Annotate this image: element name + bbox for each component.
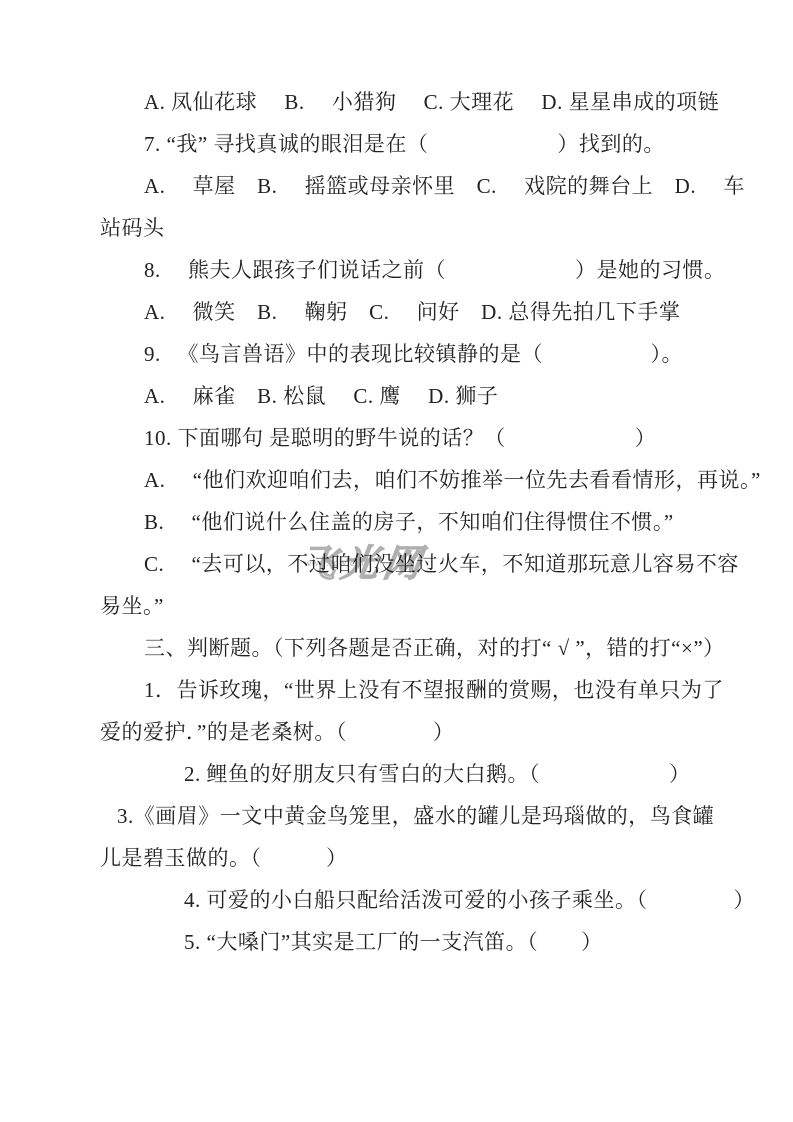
question10-option-b-line: B. “他们说什么住盖的房子，不知咱们住得惯住不惯。” bbox=[100, 501, 705, 543]
question10-option-a-line: A. “他们欢迎咱们去，咱们不妨推举一位先去看看情形，再说。” bbox=[100, 459, 705, 501]
judge-question5-line: 5. “大嗓门”其实是工厂的一支汽笛。（ ） bbox=[100, 921, 705, 963]
question8-options-line: A. 微笑 B. 鞠躬 C. 问好 D. 总得先拍几下手掌 bbox=[100, 291, 705, 333]
question7-options-line: A. 草屋 B. 摇篮或母亲怀里 C. 戏院的舞台上 D. 车 bbox=[100, 165, 705, 207]
question8-line: 8. 熊夫人跟孩子们说话之前（ ）是她的习惯。 bbox=[100, 249, 705, 291]
question10-option-c-line: C. “去可以，不过咱们没坐过火车，不知道那玩意儿容易不容 bbox=[100, 543, 705, 585]
judge-question1-wrap-line: 爱的爱护．”的是老桑树。（ ） bbox=[100, 711, 705, 753]
judge-question3-line: 3.《画眉》一文中黄金鸟笼里，盛水的罐儿是玛瑙做的，鸟食罐 bbox=[100, 795, 705, 837]
quiz-text-block: A. 凤仙花球 B. 小猎狗 C. 大理花 D. 星星串成的项链 7. “我” … bbox=[0, 0, 793, 963]
question7-options-wrap-line: 站码头 bbox=[100, 207, 705, 249]
judge-question1-line: 1．告诉玫瑰，“世界上没有不望报酬的赏赐，也没有单只为了 bbox=[100, 669, 705, 711]
document-page: 飞光网 www.fgw.com A. 凤仙花球 B. 小猎狗 C. 大理花 D.… bbox=[0, 0, 793, 1122]
question10-line: 10. 下面哪句 是聪明的野牛说的话？（ ） bbox=[100, 417, 705, 459]
question9-options-line: A. 麻雀 B. 松鼠 C. 鹰 D. 狮子 bbox=[100, 375, 705, 417]
judge-question3-wrap-line: 儿是碧玉做的。（ ） bbox=[100, 837, 705, 879]
judge-question2-line: 2. 鲤鱼的好朋友只有雪白的大白鹅。（ ） bbox=[100, 753, 705, 795]
question9-line: 9. 《鸟言兽语》中的表现比较镇静的是（ ）。 bbox=[100, 333, 705, 375]
question10-option-c-wrap-line: 易坐。” bbox=[100, 585, 705, 627]
question7-line: 7. “我” 寻找真诚的眼泪是在（ ）找到的。 bbox=[100, 123, 705, 165]
judge-question4-line: 4. 可爱的小白船只配给活泼可爱的小孩子乘坐。（ ） bbox=[100, 879, 705, 921]
question6-options-line: A. 凤仙花球 B. 小猎狗 C. 大理花 D. 星星串成的项链 bbox=[100, 81, 705, 123]
section3-heading-line: 三、判断题。（下列各题是否正确，对的打“ √ ”，错的打“×”） bbox=[100, 627, 705, 669]
